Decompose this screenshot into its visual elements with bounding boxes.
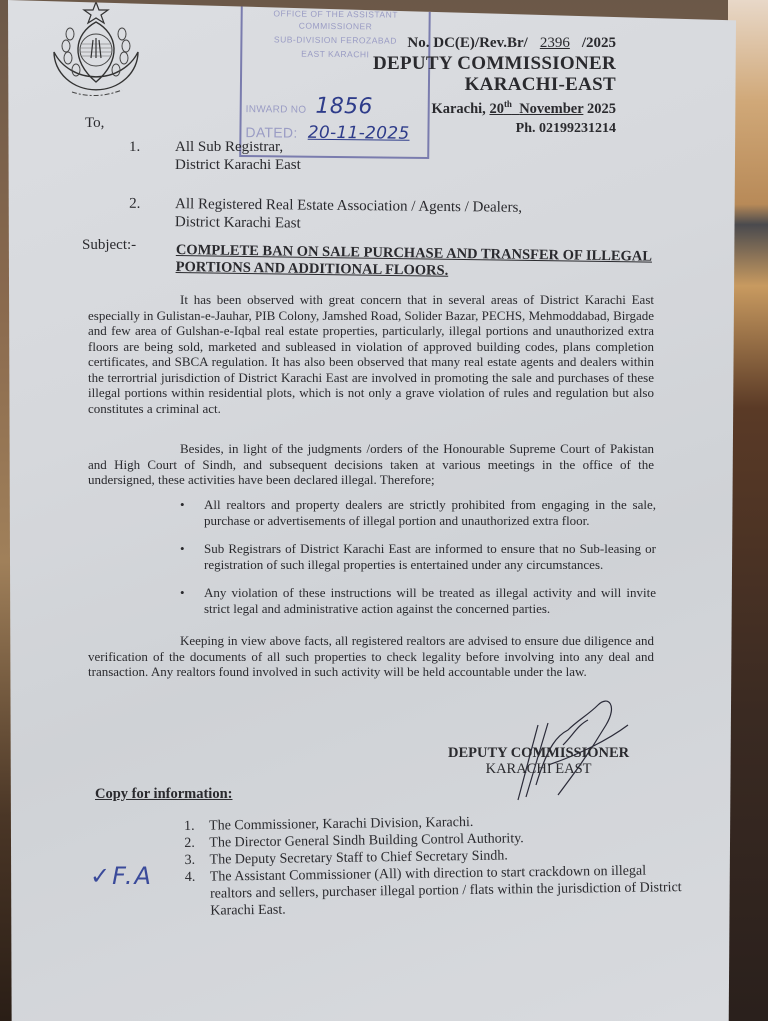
office-phone: Ph. 02199231214 [373,119,616,138]
ref-prefix: No. DC(E)/Rev.Br/ [407,35,527,51]
copy-list: 1.The Commissioner, Karachi Division, Ka… [184,811,685,920]
signatory-district: KARACHI EAST [448,761,629,777]
stamp-inward-row: INWARD NO 1856 [246,93,373,119]
paragraph-advisory: Keeping in view above facts, all registe… [88,633,654,680]
paragraph-court-orders: Besides, in light of the judgments /orde… [88,441,654,488]
letter-page: OFFICE OF THE ASSISTANT COMMISSIONER SUB… [8,0,736,1021]
copy-item: 4.The Assistant Commissioner (All) with … [185,862,686,920]
recipient-2: 2. All Registered Real Estate Associatio… [175,195,522,235]
government-of-sindh-emblem-icon [36,0,156,112]
inward-label: INWARD NO [246,104,307,116]
handwritten-annotation: ✓F.A [90,862,153,890]
letter-date: Karachi, 20th November 2025 [373,95,616,119]
recipient-1: 1. All Sub Registrar, District Karachi E… [175,138,301,174]
copy-for-information-label: Copy for information: [95,786,232,803]
subject-heading: COMPLETE BAN ON SALE PURCHASE AND TRANSF… [176,242,656,283]
reference-number: No. DC(E)/Rev.Br/2396/2025 [373,34,616,53]
inward-number: 1856 [315,94,372,120]
paragraph-observation: It has been observed with great concern … [88,292,654,416]
directive-item: •Any violation of these instructions wil… [178,585,656,616]
to-label: To, [85,115,104,132]
date-city: Karachi, [431,101,485,117]
ref-number: 2396 [528,35,582,51]
ref-year: /2025 [582,35,616,51]
office-title: DEPUTY COMMISSIONER [373,53,616,74]
subject-label: Subject:- [82,237,136,254]
date-day-month: 20th November [489,101,583,117]
date-year: 2025 [587,101,616,117]
stamp-header-1: OFFICE OF THE ASSISTANT COMMISSIONER [243,7,429,33]
signatory-title: DEPUTY COMMISSIONER [448,745,629,761]
letterhead-reference: No. DC(E)/Rev.Br/2396/2025 DEPUTY COMMIS… [373,34,616,138]
office-district: KARACHI-EAST [373,74,616,95]
directive-item: •All realtors and property dealers are s… [178,497,656,528]
signature-block: DEPUTY COMMISSIONER KARACHI EAST [448,745,629,777]
directive-list: •All realtors and property dealers are s… [178,497,656,629]
directive-item: •Sub Registrars of District Karachi East… [178,541,656,572]
